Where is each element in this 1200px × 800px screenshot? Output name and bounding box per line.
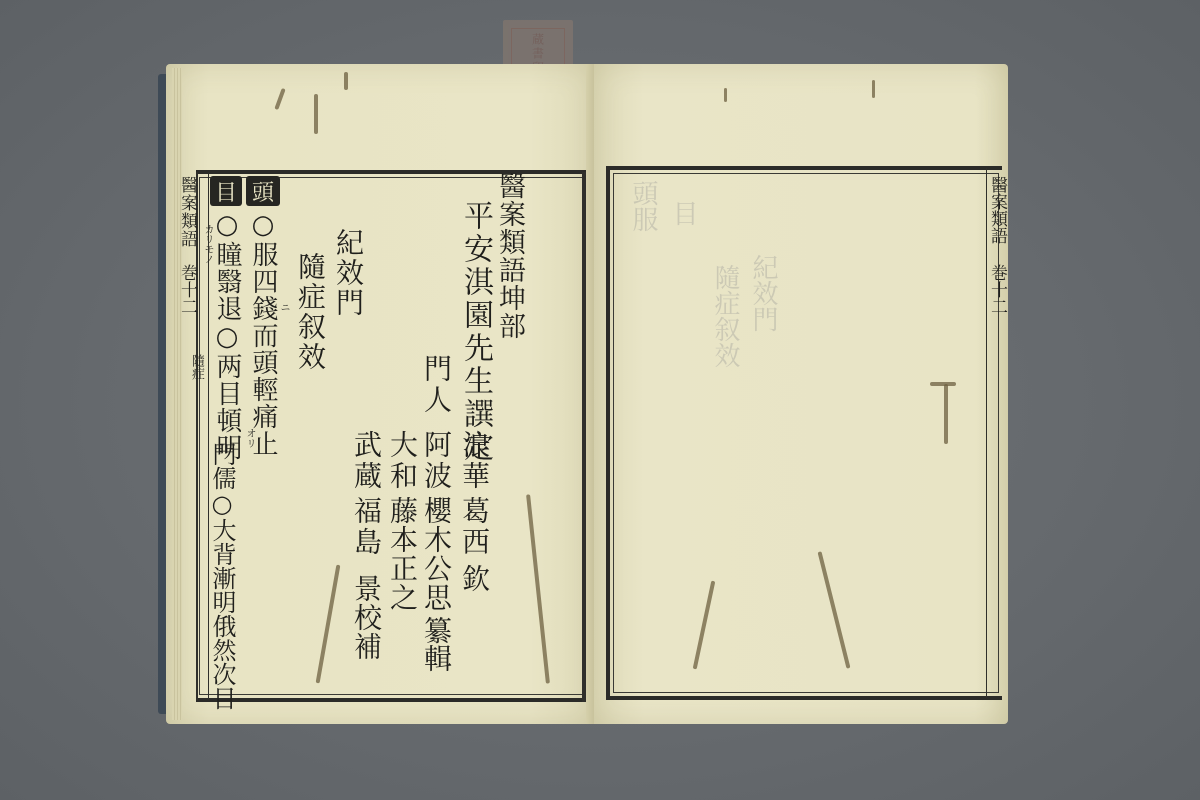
- headnote-line-1: ○服四錢而頭輕痛止: [250, 210, 276, 457]
- worm-damage: [872, 80, 875, 98]
- open-book: 醫案類語 巻十二 隨症 目 頭 ○服四錢而頭輕痛止 ○瞳翳退○两目頓明 門儒○大…: [158, 64, 1010, 728]
- bleed-through-text: 紀效門: [750, 254, 776, 332]
- frame-line: [196, 172, 198, 700]
- right-page-frame: [606, 166, 1002, 700]
- left-page: 醫案類語 巻十二 隨症 目 頭 ○服四錢而頭輕痛止 ○瞳翳退○两目頓明 門儒○大…: [166, 64, 594, 724]
- credit-name-2: 櫻木公思: [422, 496, 450, 612]
- margin-divider: [986, 168, 987, 698]
- author-line: 平安淇園先生譔定: [460, 200, 490, 464]
- disciple-label: 門人: [422, 354, 450, 416]
- credit-province-1: 浪華: [460, 430, 488, 492]
- ruby-annotation: オリ: [244, 428, 254, 448]
- headnote-line-3: 門儒○大背漸明俄然次目: [210, 442, 234, 710]
- bleed-through-text: 目: [670, 200, 696, 226]
- page-stack: [172, 68, 182, 720]
- credit-role-1: 欽: [460, 564, 488, 592]
- margin-volume: 巻十二: [178, 264, 195, 315]
- badge-head: 頭: [246, 176, 280, 206]
- credit-role-4: 景校補: [352, 574, 380, 661]
- bleed-through-text: 隨症叙效: [712, 264, 738, 368]
- right-page: 頭服 目 隨症叙效 紀效門 醫案類語 巻十二: [594, 64, 1008, 724]
- section-subtitle: 隨症叙效: [296, 252, 324, 372]
- margin-book-title: 醫案類語: [988, 176, 1005, 244]
- bleed-through-text: 頭服: [630, 180, 656, 232]
- margin-book-title: 醫案類語: [178, 176, 195, 248]
- worm-damage: [314, 94, 318, 134]
- worm-damage: [944, 384, 948, 444]
- credit-province-3: 大和: [388, 430, 416, 492]
- credit-province-4: 武蔵: [352, 430, 380, 492]
- headnote-line-2: ○瞳翳退○两目頓明: [214, 210, 240, 461]
- credit-name-1: 葛西: [460, 496, 488, 558]
- badge-eye: 目: [210, 176, 242, 206]
- worm-damage: [930, 382, 956, 386]
- credit-province-2: 阿波: [422, 430, 450, 492]
- book-title-heading: 醫案類語坤部: [496, 172, 523, 340]
- credit-role-2: 纂輯: [422, 616, 450, 672]
- ruby-annotation: ニ: [278, 302, 288, 312]
- worm-damage: [724, 88, 727, 102]
- credit-name-4: 福島: [352, 496, 380, 558]
- margin-volume: 巻十二: [988, 264, 1005, 315]
- margin-section: 隨症: [190, 354, 203, 380]
- credit-name-3: 藤本正之: [388, 496, 416, 612]
- ruby-annotation: カリモノ: [202, 224, 212, 264]
- worm-damage: [274, 88, 285, 110]
- section-title: 紀效門: [334, 228, 362, 318]
- worm-damage: [344, 72, 348, 90]
